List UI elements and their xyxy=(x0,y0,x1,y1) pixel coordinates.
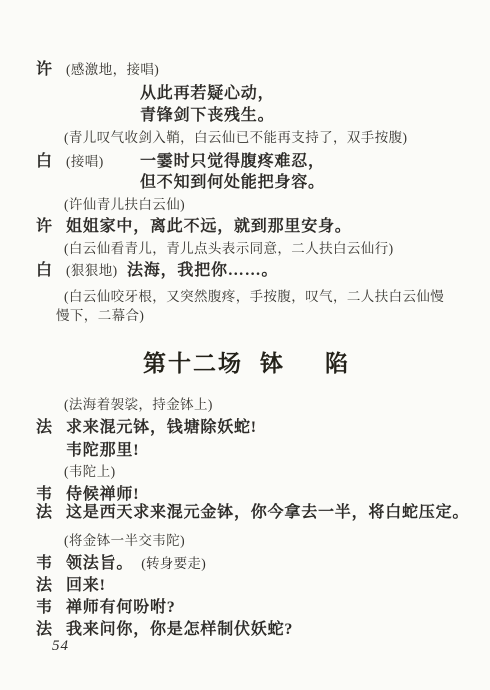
dialogue-text: 禅师有何吩咐? xyxy=(66,598,176,617)
sung-line: 从此再若疑心动， xyxy=(140,84,274,103)
dialogue-main: 领法旨。 xyxy=(66,555,133,572)
dialogue-text: 侍候禅师! xyxy=(66,485,139,504)
stage-direction: (狠狠地) xyxy=(66,263,118,279)
stage-direction: (青儿叹气收剑入鞘，白云仙已不能再支持了，双手按腹) xyxy=(64,130,407,146)
dialogue-text: 法海，我把你……。 xyxy=(127,261,278,280)
scene-heading-title-char1: 钵 xyxy=(260,351,285,376)
speaker-label: 韦 xyxy=(36,598,53,617)
scene-heading-number: 第十二场 xyxy=(143,351,243,376)
dialogue-text: 这是西天求来混元金钵，你今拿去一半，将白蛇压定。 xyxy=(66,503,469,522)
dialogue-text: 我来问你，你是怎样制伏妖蛇? xyxy=(66,620,293,639)
stage-direction: (转身要走) xyxy=(141,556,206,571)
speaker-label: 白 xyxy=(36,261,53,280)
script-page: 许 (感激地，接唱) 从此再若疑心动， 青锋剑下丧残生。 (青儿叹气收剑入鞘，白… xyxy=(0,0,490,690)
speaker-label: 许 xyxy=(36,60,53,79)
page-number: 54 xyxy=(52,638,69,655)
stage-direction: (将金钵一半交韦陀) xyxy=(64,533,185,549)
sung-line: 青锋剑下丧残生。 xyxy=(140,106,274,125)
sung-line: 但不知到何处能把身容。 xyxy=(140,173,325,192)
speaker-label: 许 xyxy=(36,217,53,236)
speaker-label: 白 xyxy=(36,152,53,171)
stage-direction-continuation: 慢下，二幕合) xyxy=(56,308,144,324)
scene-heading: 第十二场钵陷 xyxy=(143,345,350,378)
speaker-label: 法 xyxy=(36,576,53,595)
dialogue-text: 姐姐家中，离此不远，就到那里安身。 xyxy=(66,217,352,236)
dialogue-text: 领法旨。(转身要走) xyxy=(66,554,206,573)
sung-line: 一霎时只觉得腹疼难忍， xyxy=(140,152,325,171)
stage-direction: (接唱) xyxy=(66,154,104,170)
speaker-label: 韦 xyxy=(36,485,53,504)
stage-direction: (许仙青儿扶白云仙) xyxy=(64,197,185,213)
speaker-label: 法 xyxy=(36,620,53,639)
stage-direction: (白云仙看青儿，青儿点头表示同意，二人扶白云仙行) xyxy=(64,241,394,257)
stage-direction: (法海着袈裟，持金钵上) xyxy=(64,397,213,413)
dialogue-text: 求来混元钵，钱塘除妖蛇! xyxy=(66,418,257,437)
dialogue-continuation: 韦陀那里! xyxy=(66,441,139,460)
stage-direction: (白云仙咬牙根，又突然腹疼，手按腹，叹气，二人扶白云仙慢 xyxy=(64,289,444,305)
stage-direction: (感激地，接唱) xyxy=(66,62,159,78)
dialogue-text: 回来! xyxy=(66,576,106,595)
scene-heading-title-char2: 陷 xyxy=(325,351,350,376)
speaker-label: 法 xyxy=(36,418,53,437)
speaker-label: 韦 xyxy=(36,554,53,573)
stage-direction: (韦陀上) xyxy=(64,464,116,480)
speaker-label: 法 xyxy=(36,503,53,522)
